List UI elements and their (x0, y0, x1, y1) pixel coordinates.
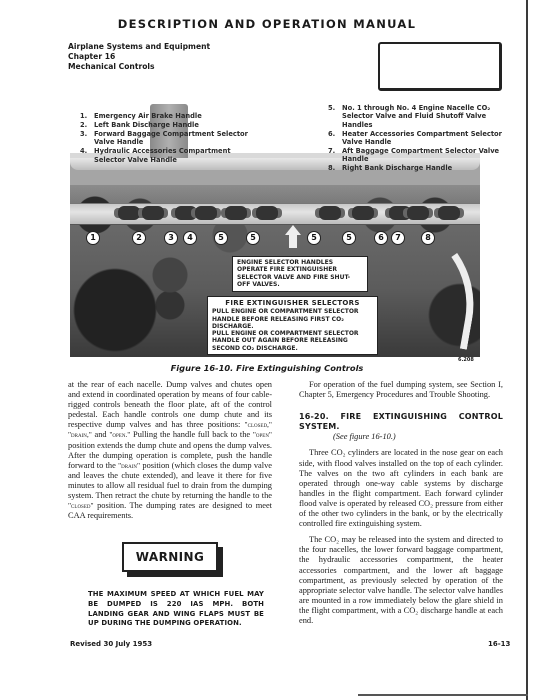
legend-num: 1. (80, 112, 94, 120)
legend-text: Emergency Air Brake Handle (94, 112, 202, 120)
legend-item: 2.Left Bank Discharge Handle (80, 121, 260, 129)
revision-date: Revised 30 July 1953 (70, 640, 152, 648)
figure-caption: Figure 16-10. Fire Extinguishing Control… (0, 363, 534, 373)
position-drain: "drain," (68, 430, 92, 439)
handle-1 (118, 206, 140, 220)
position-open: "open" (253, 430, 272, 439)
fire-note-line-1: PULL ENGINE OR COMPARTMENT SELECTOR HAND… (212, 308, 373, 330)
handle-5c (319, 206, 341, 220)
legend-text: Forward Baggage Compartment Selector Val… (94, 130, 260, 147)
engine-selector-note: ENGINE SELECTOR HANDLES OPERATE FIRE EXT… (232, 256, 368, 292)
legend-item: 1.Emergency Air Brake Handle (80, 112, 260, 120)
legend-num: 4. (80, 147, 94, 164)
legend-num: 7. (328, 147, 342, 164)
legend-num: 5. (328, 104, 342, 129)
warning-label: WARNING (122, 542, 218, 572)
section-figure-ref: (See figure 16-10.) (333, 432, 503, 442)
callout-2: 2 (132, 231, 146, 245)
up-arrow-stem (289, 234, 297, 248)
stamp-box (378, 42, 502, 91)
section-line-chapter: Chapter 16 (68, 52, 210, 62)
section-heading: 16-20. FIRE EXTINGUISHING CONTROL SYSTEM… (299, 412, 503, 432)
legend-text: Heater Accessories Compartment Selector … (342, 130, 513, 147)
legend-num: 3. (80, 130, 94, 147)
warning-text: THE MAXIMUM SPEED AT WHICH FUEL MAY BE D… (88, 590, 264, 629)
co2-cylinders-paragraph: Three CO₂ cylinders are located in the n… (299, 448, 503, 529)
left-column: at the rear of each nacelle. Dump valves… (68, 380, 272, 521)
legend-text: Left Bank Discharge Handle (94, 121, 199, 129)
handle-5b (256, 206, 278, 220)
page-number: 16-13 (488, 640, 510, 648)
position-drain: "drain" (118, 461, 140, 470)
legend-text: No. 1 through No. 4 Engine Nacelle CO₂ S… (342, 104, 513, 129)
handle-5d (352, 206, 374, 220)
section-info: Airplane Systems and Equipment Chapter 1… (68, 42, 210, 72)
fire-extinguisher-note: FIRE EXTINGUISHER SELECTORS PULL ENGINE … (207, 296, 378, 355)
position-closed: "closed," (245, 420, 272, 429)
callout-5d: 5 (342, 231, 356, 245)
legend-item: 8.Right Bank Discharge Handle (328, 164, 513, 172)
legend-item: 6.Heater Accessories Compartment Selecto… (328, 130, 513, 147)
callout-3: 3 (164, 231, 178, 245)
callout-1: 1 (86, 231, 100, 245)
text-run: Pulling the handle full back to the (130, 430, 252, 439)
legend-item: 3.Forward Baggage Compartment Selector V… (80, 130, 260, 147)
legend-num: 2. (80, 121, 94, 129)
legend-left: 1.Emergency Air Brake Handle 2.Left Bank… (80, 112, 260, 164)
fire-note-line-2: PULL ENGINE OR COMPARTMENT SELECTOR HAND… (212, 330, 373, 352)
legend-item: 7.Aft Baggage Compartment Selector Valve… (328, 147, 513, 164)
callout-5b: 5 (246, 231, 260, 245)
manual-title: DESCRIPTION AND OPERATION MANUAL (0, 17, 534, 31)
handle-8 (438, 206, 460, 220)
fire-note-title: FIRE EXTINGUISHER SELECTORS (212, 300, 373, 307)
fuel-dump-reference-paragraph: For operation of the fuel dumping system… (299, 380, 503, 400)
page-edge (526, 0, 528, 700)
legend-right: 5.No. 1 through No. 4 Engine Nacelle CO₂… (328, 104, 513, 173)
callout-5c: 5 (307, 231, 321, 245)
legend-num: 6. (328, 130, 342, 147)
section-line-system: Airplane Systems and Equipment (68, 42, 210, 52)
callout-4: 4 (183, 231, 197, 245)
handle-3 (175, 206, 197, 220)
legend-num: 8. (328, 164, 342, 172)
section-line-topic: Mechanical Controls (68, 62, 210, 72)
legend-item: 4.Hydraulic Accessories Compartment Sele… (80, 147, 260, 164)
handle-2 (142, 206, 164, 220)
position-open: "open." (109, 430, 130, 439)
handle-4 (195, 206, 217, 220)
text-run: at the rear of each nacelle. Dump valves… (68, 380, 272, 429)
right-column: For operation of the fuel dumping system… (299, 380, 503, 626)
co2-release-paragraph: The CO₂ may be released into the system … (299, 535, 503, 626)
legend-text: Right Bank Discharge Handle (342, 164, 452, 172)
legend-text: Aft Baggage Compartment Selector Valve H… (342, 147, 513, 164)
page-edge-bottom (358, 694, 528, 696)
legend-item: 5.No. 1 through No. 4 Engine Nacelle CO₂… (328, 104, 513, 129)
text-run: position. The dumping rates are designed… (68, 501, 272, 520)
legend-text: Hydraulic Accessories Compartment Select… (94, 147, 260, 164)
handle-5a (225, 206, 247, 220)
callout-5a: 5 (214, 231, 228, 245)
dump-procedure-paragraph: at the rear of each nacelle. Dump valves… (68, 380, 272, 521)
position-closed: "closed" (68, 501, 94, 510)
text-run: and (92, 430, 109, 439)
